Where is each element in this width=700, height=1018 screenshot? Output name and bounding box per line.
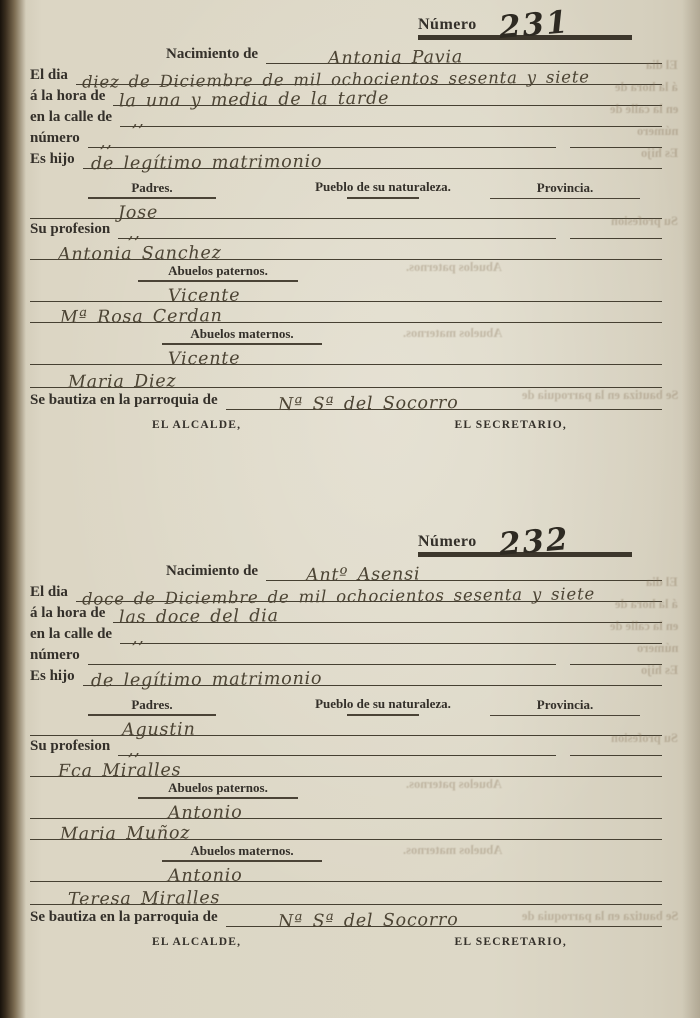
- el-dia-label: El dia: [30, 68, 76, 85]
- field-calle: en la calle de ,,: [30, 106, 662, 127]
- abuela-paterna-value: Mª Rosa Cerdan: [60, 308, 223, 327]
- profesion-label: Su profesion: [30, 739, 118, 756]
- nacimiento-label: Nacimiento de: [166, 564, 266, 581]
- parroquia-value: Nª Sª del Socorro: [278, 395, 459, 414]
- register-page-scan: Número 231 Nacimiento de Antonia Pavia E…: [0, 0, 700, 1018]
- signatures-row: EL ALCALDE, EL SECRETARIO,: [30, 936, 662, 950]
- alcalde-label: EL ALCALDE,: [152, 936, 241, 950]
- profesion-line: ,,: [118, 735, 556, 756]
- field-parroquia: Se bautiza en la parroquia de Nª Sª del …: [30, 905, 662, 927]
- numero-casa-label: número: [30, 131, 88, 148]
- field-profesion: Su profesion ,,: [30, 736, 662, 756]
- pueblo-header: Pueblo de su naturaleza.: [278, 696, 488, 716]
- abuelo-materno-line: Vicente: [30, 344, 662, 365]
- field-madre: Antonia Sanchez: [30, 239, 662, 260]
- el-dia-line: diez de Diciembre de mil ochocientos ses…: [76, 63, 662, 85]
- madre-value: Antonia Sanchez: [58, 245, 222, 264]
- nacimiento-line: Antonia Pavia: [266, 39, 662, 64]
- abuela-paterna-value: Maria Muñoz: [60, 825, 191, 844]
- profesion-line: ,,: [118, 218, 556, 239]
- field-el-dia: El dia doce de Diciembre de mil ochocien…: [30, 581, 662, 602]
- field-abuela-materna: Teresa Miralles: [30, 882, 662, 905]
- field-hora: á la hora de las doce del dia: [30, 602, 662, 623]
- provincia-header: Provincia.: [490, 697, 640, 716]
- parroquia-line: Nª Sª del Socorro: [226, 904, 662, 927]
- field-es-hijo: Es hijo de legítimo matrimonio: [30, 665, 662, 686]
- secretario-label: EL SECRETARIO,: [455, 936, 567, 950]
- profesion-line-2: [570, 218, 662, 239]
- es-hijo-value: de legítimo matrimonio: [91, 153, 323, 173]
- calle-line: ,,: [120, 105, 662, 127]
- abuelos-paternos-label: Abuelos paternos.: [138, 263, 298, 282]
- hora-line: las doce del dia: [113, 601, 662, 623]
- birth-record-232: Número 232 Nacimiento de Antº Asensi El …: [30, 521, 662, 950]
- es-hijo-label: Es hijo: [30, 669, 83, 686]
- calle-label: en la calle de: [30, 627, 120, 644]
- calle-label: en la calle de: [30, 110, 120, 127]
- field-nacimiento: Nacimiento de Antonia Pavia: [30, 40, 662, 64]
- field-calle: en la calle de ,,: [30, 623, 662, 644]
- field-abuelo-paterno: Vicente: [30, 282, 662, 302]
- calle-line: ,,: [120, 622, 662, 644]
- hora-label: á la hora de: [30, 606, 113, 623]
- field-abuela-materna: Maria Diez: [30, 365, 662, 388]
- numero-row: Número 232: [418, 521, 632, 557]
- field-abuela-paterna: Mª Rosa Cerdan: [30, 302, 662, 323]
- numero-value: 232: [498, 528, 570, 557]
- padre-line: Agustin: [30, 715, 662, 736]
- bautiza-label: Se bautiza en la parroquia de: [30, 910, 226, 927]
- padres-header: Padres.: [88, 180, 216, 199]
- es-hijo-value: de legítimo matrimonio: [91, 670, 323, 690]
- field-nacimiento: Nacimiento de Antº Asensi: [30, 557, 662, 581]
- numero-label: Número: [418, 16, 477, 34]
- parroquia-value: Nª Sª del Socorro: [278, 912, 459, 931]
- nacimiento-label: Nacimiento de: [166, 47, 266, 64]
- alcalde-label: EL ALCALDE,: [152, 419, 241, 433]
- numero-casa-line: [88, 643, 556, 665]
- parroquia-line: Nª Sª del Socorro: [226, 387, 662, 410]
- madre-line: Antonia Sanchez: [30, 238, 662, 260]
- field-abuelo-paterno: Antonio: [30, 799, 662, 819]
- padres-header: Padres.: [88, 697, 216, 716]
- provincia-header: Provincia.: [490, 180, 640, 199]
- field-madre: Fca Miralles: [30, 756, 662, 777]
- field-profesion: Su profesion ,,: [30, 219, 662, 239]
- es-hijo-label: Es hijo: [30, 152, 83, 169]
- abuelo-paterno-line: Vicente: [30, 281, 662, 302]
- hora-label: á la hora de: [30, 89, 113, 106]
- abuelo-paterno-line: Antonio: [30, 798, 662, 819]
- hora-line: la una y media de la tarde: [113, 84, 662, 106]
- field-padre: Jose: [30, 199, 662, 219]
- abuela-paterna-line: Maria Muñoz: [30, 818, 662, 840]
- abuela-materna-line: Teresa Miralles: [30, 881, 662, 905]
- abuela-materna-line: Maria Diez: [30, 364, 662, 388]
- numero-casa-label: número: [30, 648, 88, 665]
- padre-line: Jose: [30, 198, 662, 219]
- abuela-paterna-line: Mª Rosa Cerdan: [30, 301, 662, 323]
- abuelos-maternos-label: Abuelos maternos.: [162, 326, 322, 345]
- field-numero-casa: número ,,: [30, 127, 662, 148]
- field-abuelo-materno: Vicente: [30, 345, 662, 365]
- numero-casa-line-2: [570, 126, 662, 148]
- numero-casa-line-2: [570, 643, 662, 665]
- field-abuelo-materno: Antonio: [30, 862, 662, 882]
- field-padre: Agustin: [30, 716, 662, 736]
- numero-casa-line: ,,: [88, 126, 556, 148]
- el-dia-line: doce de Diciembre de mil ochocientos ses…: [76, 580, 662, 602]
- madre-line: Fca Miralles: [30, 755, 662, 777]
- page-right-edge-shading: [682, 0, 700, 1018]
- field-el-dia: El dia diez de Diciembre de mil ochocien…: [30, 64, 662, 85]
- abuelos-paternos-label: Abuelos paternos.: [138, 780, 298, 799]
- secretario-label: EL SECRETARIO,: [455, 419, 567, 433]
- profesion-label: Su profesion: [30, 222, 118, 239]
- nacimiento-line: Antº Asensi: [266, 556, 662, 581]
- es-hijo-line: de legítimo matrimonio: [83, 147, 662, 169]
- field-es-hijo: Es hijo de legítimo matrimonio: [30, 148, 662, 169]
- es-hijo-line: de legítimo matrimonio: [83, 664, 662, 686]
- el-dia-label: El dia: [30, 585, 76, 602]
- numero-label: Número: [418, 533, 477, 551]
- field-parroquia: Se bautiza en la parroquia de Nª Sª del …: [30, 388, 662, 410]
- abuelo-materno-line: Antonio: [30, 861, 662, 882]
- profesion-line-2: [570, 735, 662, 756]
- field-numero-casa: número: [30, 644, 662, 665]
- signatures-row: EL ALCALDE, EL SECRETARIO,: [30, 419, 662, 433]
- field-hora: á la hora de la una y media de la tarde: [30, 85, 662, 106]
- abuelos-maternos-label: Abuelos maternos.: [162, 843, 322, 862]
- book-binding-edge: [0, 0, 26, 1018]
- numero-row: Número 231: [418, 4, 632, 40]
- madre-value: Fca Miralles: [58, 762, 182, 781]
- numero-value: 231: [498, 11, 570, 40]
- bautiza-label: Se bautiza en la parroquia de: [30, 393, 226, 410]
- birth-record-231: Número 231 Nacimiento de Antonia Pavia E…: [30, 4, 662, 433]
- pueblo-header: Pueblo de su naturaleza.: [278, 179, 488, 199]
- field-abuela-paterna: Maria Muñoz: [30, 819, 662, 840]
